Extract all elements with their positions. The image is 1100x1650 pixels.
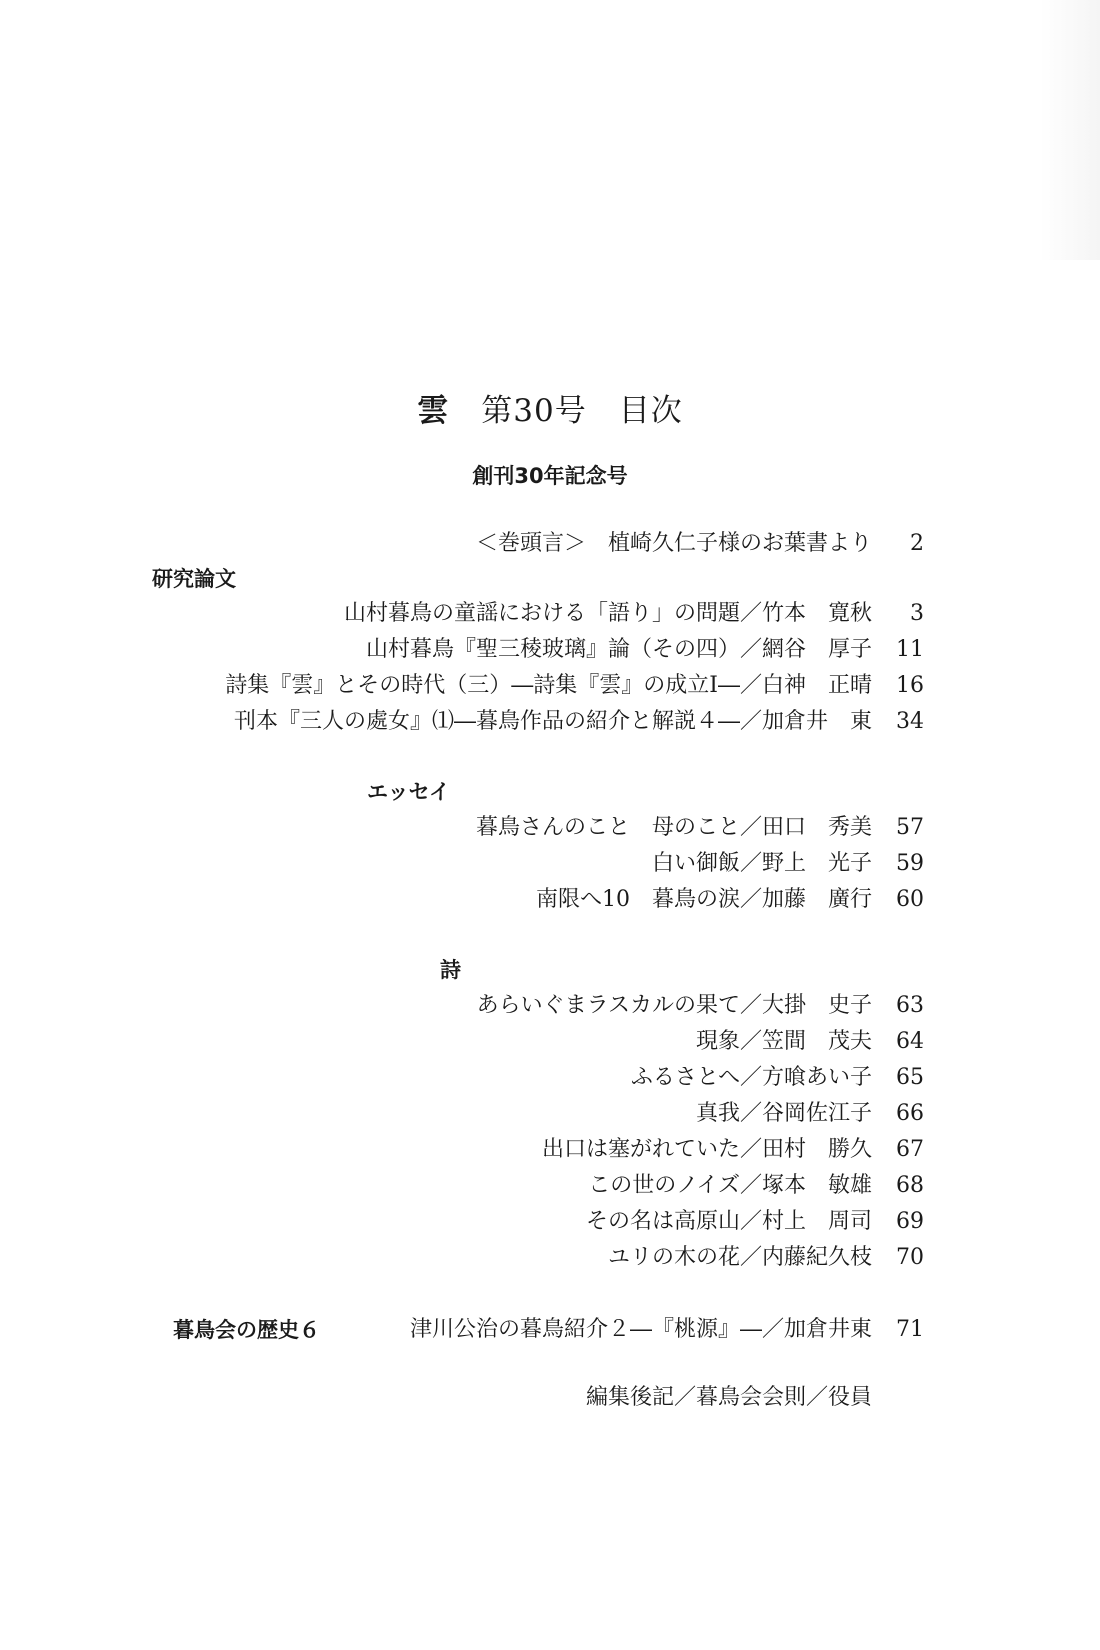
entry-title: 山村暮鳥『聖三稜玻璃』論（その四）／網谷 厚子	[366, 632, 872, 668]
entry-page: 65	[874, 1060, 924, 1096]
entry-title: 山村暮鳥の童謡における「語り」の問題／竹本 寛秋	[344, 596, 872, 632]
toc-entry: 山村暮鳥『聖三稜玻璃』論（その四）／網谷 厚子 11	[0, 632, 1100, 668]
magazine-name: 雲	[417, 393, 449, 429]
footer-text: 編集後記／暮鳥会会則／役員	[586, 1380, 872, 1416]
toc-entry-preface: ＜巻頭言＞ 植崎久仁子様のお葉書より 2	[0, 526, 1100, 562]
toc-entry: 暮鳥さんのこと 母のこと／田口 秀美 57	[0, 810, 1100, 846]
page-edge-shadow	[1040, 0, 1100, 260]
entry-page: 16	[874, 668, 924, 704]
entry-page: 70	[874, 1240, 924, 1276]
page-title: 雲 第30号 目次	[0, 385, 1100, 430]
entry-title: 暮鳥さんのこと 母のこと／田口 秀美	[476, 810, 872, 846]
toc-entry: 現象／笠間 茂夫 64	[0, 1024, 1100, 1060]
entry-page: 63	[874, 988, 924, 1024]
entry-page: 57	[874, 810, 924, 846]
entry-title: 真我／谷岡佐江子	[696, 1096, 872, 1132]
entry-title: ふるさとへ／方喰あい子	[631, 1060, 872, 1096]
entry-title: その名は高原山／村上 周司	[586, 1204, 872, 1240]
section-heading-research: 研究論文	[152, 561, 236, 597]
toc-entry: ユリの木の花／内藤紀久枝 70	[0, 1240, 1100, 1276]
toc-entry: ふるさとへ／方喰あい子 65	[0, 1060, 1100, 1096]
toc-entry: 山村暮鳥の童謡における「語り」の問題／竹本 寛秋 3	[0, 596, 1100, 632]
entry-title: 津川公治の暮鳥紹介２―『桃源』―／加倉井東	[410, 1312, 872, 1348]
entry-page: 34	[874, 704, 924, 740]
section-heading-poetry: 詩	[440, 952, 461, 988]
section-heading-essay: エッセイ	[367, 774, 450, 810]
toc-entry: この世のノイズ／塚本 敏雄 68	[0, 1168, 1100, 1204]
entry-title: ＜巻頭言＞ 植崎久仁子様のお葉書より	[476, 526, 872, 562]
entry-page: 11	[874, 632, 924, 668]
entry-title: 出口は塞がれていた／田村 勝久	[542, 1132, 872, 1168]
toc-footer: 編集後記／暮鳥会会則／役員	[0, 1380, 1100, 1416]
entry-page: 69	[874, 1204, 924, 1240]
toc-entry: 南限へ10 暮鳥の涙／加藤 廣行 60	[0, 882, 1100, 918]
entry-page: 68	[874, 1168, 924, 1204]
toc-entry: その名は高原山／村上 周司 69	[0, 1204, 1100, 1240]
entry-title: ユリの木の花／内藤紀久枝	[608, 1240, 872, 1276]
entry-title: 白い御飯／野上 光子	[652, 846, 872, 882]
entry-title: 南限へ10 暮鳥の涙／加藤 廣行	[536, 882, 872, 918]
entry-page: 3	[874, 596, 924, 632]
entry-title: 刊本『三人の處女』⑴―暮鳥作品の紹介と解説４―／加倉井 東	[234, 704, 872, 740]
toc-entry: 出口は塞がれていた／田村 勝久 67	[0, 1132, 1100, 1168]
entry-page: 67	[874, 1132, 924, 1168]
entry-title: 詩集『雲』とその時代（三）―詩集『雲』の成立Ⅰ―／白神 正晴	[225, 668, 872, 704]
toc-entry: あらいぐまラスカルの果て／大掛 史子 63	[0, 988, 1100, 1024]
entry-page: 60	[874, 882, 924, 918]
toc-entry: 真我／谷岡佐江子 66	[0, 1096, 1100, 1132]
toc-label: 目次	[619, 393, 683, 429]
entry-title: この世のノイズ／塚本 敏雄	[588, 1168, 872, 1204]
issue-number: 第30号	[481, 393, 586, 429]
toc-entry: 詩集『雲』とその時代（三）―詩集『雲』の成立Ⅰ―／白神 正晴 16	[0, 668, 1100, 704]
toc-entry: 刊本『三人の處女』⑴―暮鳥作品の紹介と解説４―／加倉井 東 34	[0, 704, 1100, 740]
entry-page: 71	[874, 1312, 924, 1348]
entry-page: 59	[874, 846, 924, 882]
toc-entry-history: 津川公治の暮鳥紹介２―『桃源』―／加倉井東 71	[0, 1312, 1100, 1348]
toc-entry: 白い御飯／野上 光子 59	[0, 846, 1100, 882]
page-subtitle: 創刊30年記念号	[0, 460, 1100, 490]
entry-page: 2	[874, 526, 924, 562]
entry-title: 現象／笠間 茂夫	[696, 1024, 872, 1060]
entry-title: あらいぐまラスカルの果て／大掛 史子	[477, 988, 872, 1024]
entry-page: 64	[874, 1024, 924, 1060]
entry-page: 66	[874, 1096, 924, 1132]
